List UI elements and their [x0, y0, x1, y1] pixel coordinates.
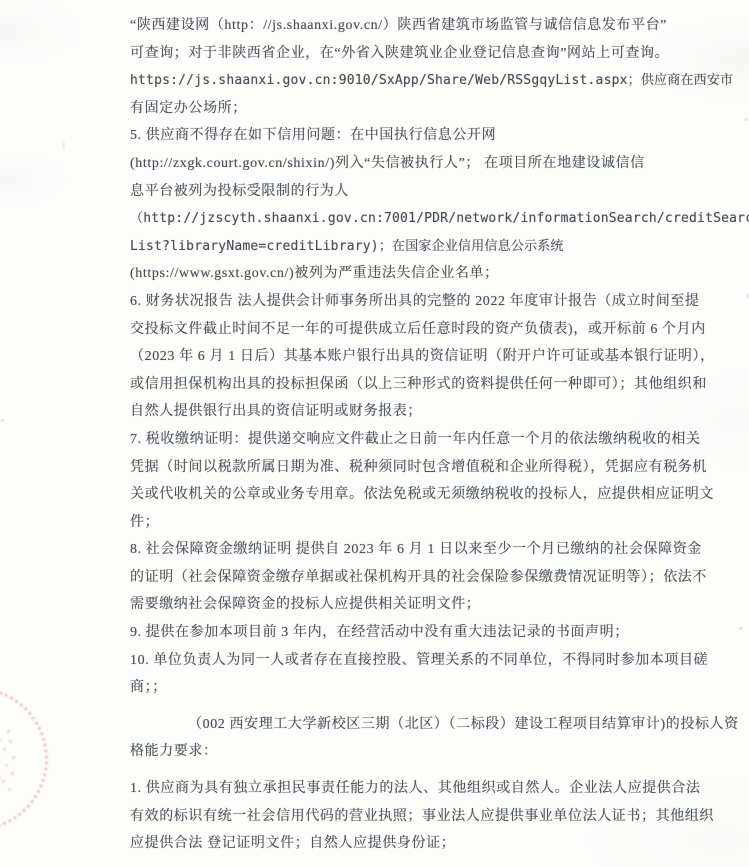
- paragraph-item-1-legal-capacity: 1. 供应商为具有独立承担民事责任能力的法人、其他组织或自然人。企业法人应提供合…: [130, 775, 689, 858]
- paragraph-item-5-credit: 5. 供应商不得存在如下信用问题：在中国执行信息公开网(http://zxgk.…: [130, 122, 689, 288]
- text-line: 10. 单位负责人为同一人或者存在直接控股、管理关系的不同单位，不得同时参加本项…: [130, 647, 689, 675]
- text-line: 9. 提供在参加本项目前 3 年内，在经营活动中没有重大违法记录的书面声明；: [130, 619, 689, 647]
- paragraph-item-9-declaration: 9. 提供在参加本项目前 3 年内，在经营活动中没有重大违法记录的书面声明；: [130, 619, 689, 647]
- text-line: 应提供合法 登记证明文件；自然人应提供身份证；: [130, 830, 689, 858]
- document-body: “陕西建设网（http：//js.shaanxi.gov.cn/）陕西省建筑市场…: [0, 0, 749, 858]
- seal-text-marks: [7, 730, 10, 733]
- paragraph-item-10-same-person: 10. 单位负责人为同一人或者存在直接控股、管理关系的不同单位，不得同时参加本项…: [130, 647, 689, 702]
- scan-speck: [62, 140, 65, 150]
- text-line: 可查询；对于非陕西省企业，在“外省入陕建筑业企业登记信息查询”网站上可查询。: [130, 40, 689, 68]
- text-line: 有效的标识有统一社会信用代码的营业执照；事业法人应提供事业单位法人证书；其他组织: [130, 803, 689, 831]
- scan-speck: [744, 118, 748, 121]
- paragraph-item-6-financial-report: 6. 财务状况报告 法人提供会计师事务所出具的完整的 2022 年度审计报告（成…: [130, 288, 689, 426]
- paragraph-item-7-tax-payment: 7. 税收缴纳证明：提供递交响应文件截止之日前一年内任意一个月的依法缴纳税收的相…: [130, 426, 689, 536]
- text-line: (https://www.gsxt.gov.cn/)被列为严重违法失信企业名单；: [130, 260, 689, 288]
- text-line: 件；: [130, 509, 689, 537]
- text-line: 需要缴纳社会保障资金的投标人应提供相关证明文件；: [130, 591, 689, 619]
- text-line: （002 西安理工大学新校区三期（北区）（二标段）建设工程项目结算审计)的投标人…: [130, 711, 689, 739]
- text-line: 凭据（时间以税款所属日期为准、税种须同时包含增值税和企业所得税），凭据应有税务机: [130, 454, 689, 482]
- paragraph-project-002-intro: （002 西安理工大学新校区三期（北区）（二标段）建设工程项目结算审计)的投标人…: [130, 711, 689, 766]
- text-line: https://js.shaanxi.gov.cn:9010/SxApp/Sha…: [130, 67, 689, 95]
- text-line: （2023 年 6 月 1 日后）其基本账户银行出具的资信证明（附开户许可证或基…: [130, 343, 689, 371]
- scan-speck: [1, 419, 4, 422]
- text-line: 或信用担保机构出具的投标担保函（以上三种形式的资料提供任何一种即可）；其他组织和: [130, 371, 689, 399]
- text-line: 商；；: [130, 674, 689, 702]
- scanned-document-page: “陕西建设网（http：//js.shaanxi.gov.cn/）陕西省建筑市场…: [0, 0, 749, 867]
- text-line: 6. 财务状况报告 法人提供会计师事务所出具的完整的 2022 年度审计报告（成…: [130, 288, 689, 316]
- text-line: 息平台被列为投标受限制的行为人: [130, 178, 689, 206]
- text-line: 有固定办公场所；: [130, 95, 689, 123]
- text-line: 关或代收机关的公章或业务专用章。依法免税或无须缴纳税收的投标人，应提供相应证明文: [130, 481, 689, 509]
- text-line: 的证明（社会保障资金缴存单据或社保机构开具的社会保险参保缴费情况证明等）；依法不: [130, 564, 689, 592]
- text-line: (http://zxgk.court.gov.cn/shixin/)列入“失信被…: [130, 150, 689, 178]
- text-line: 5. 供应商不得存在如下信用问题：在中国执行信息公开网: [130, 122, 689, 150]
- text-line: 自然人提供银行出具的资信证明或财务报表；: [130, 398, 689, 426]
- scan-speck: [739, 627, 743, 630]
- text-line: 格能力要求：: [130, 738, 689, 766]
- text-line: 8. 社会保障资金缴纳证明 提供自 2023 年 6 月 1 日以来至少一个月已…: [130, 536, 689, 564]
- text-line: 7. 税收缴纳证明：提供递交响应文件截止之日前一年内任意一个月的依法缴纳税收的相…: [130, 426, 689, 454]
- text-line: “陕西建设网（http：//js.shaanxi.gov.cn/）陕西省建筑市场…: [130, 12, 689, 40]
- paragraph-item-8-social-security: 8. 社会保障资金缴纳证明 提供自 2023 年 6 月 1 日以来至少一个月已…: [130, 536, 689, 619]
- text-line: List?libraryName=creditLibrary)；在国家企业信用信…: [130, 233, 689, 261]
- text-line: 交投标文件截止时间不足一年的可提供成立后任意时段的资产负债表)，或开标前 6 个…: [130, 316, 689, 344]
- paragraph-shaanxi-platform: “陕西建设网（http：//js.shaanxi.gov.cn/）陕西省建筑市场…: [130, 12, 689, 122]
- text-line: 1. 供应商为具有独立承担民事责任能力的法人、其他组织或自然人。企业法人应提供合…: [130, 775, 689, 803]
- text-line: （http://jzscyth.shaanxi.gov.cn:7001/PDR/…: [130, 205, 689, 233]
